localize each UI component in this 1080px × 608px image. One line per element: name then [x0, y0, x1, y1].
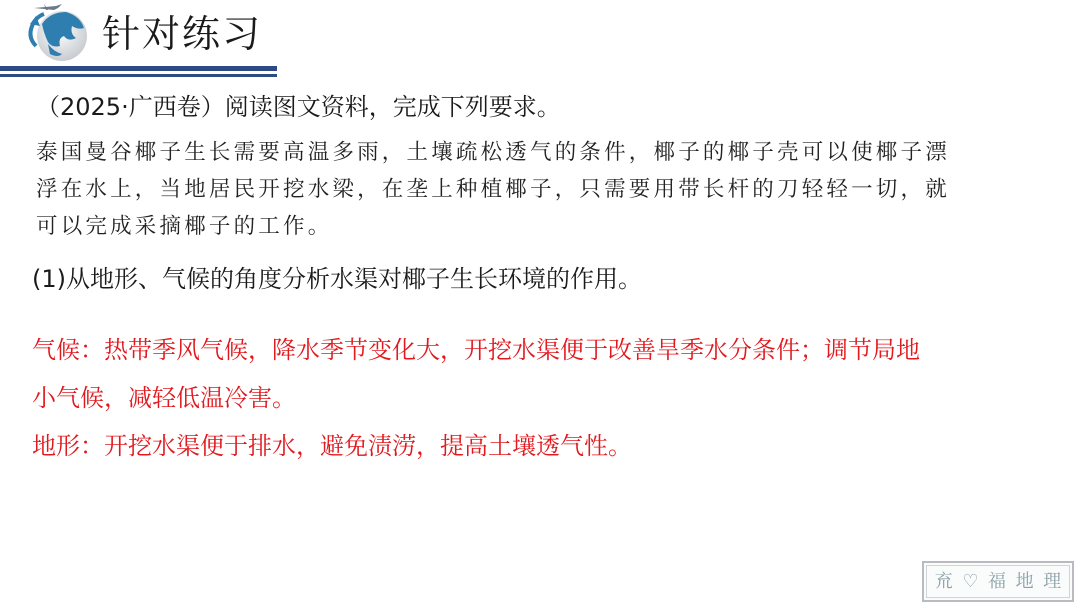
watermark-char: 地	[1016, 573, 1034, 591]
slide-title: 针对练习	[102, 10, 262, 58]
passage-line: 可以完成采摘椰子的工作。	[36, 208, 1046, 245]
reading-passage: 泰国曼谷椰子生长需要高温多雨，土壤疏松透气的条件，椰子的椰子壳可以使椰子漂 浮在…	[36, 134, 1046, 245]
watermark-char: ♡	[962, 573, 978, 591]
watermark-char: 福	[988, 573, 1006, 591]
answer-line-climate: 气候：热带季风气候，降水季节变化大，开挖水渠便于改善旱季水分条件；调节局地	[32, 326, 920, 374]
answer-block: 气候：热带季风气候，降水季节变化大，开挖水渠便于改善旱季水分条件；调节局地 小气…	[32, 326, 920, 470]
question-source-line: （2025·广西卷）阅读图文资料，完成下列要求。	[36, 90, 561, 124]
header-divider-bar	[0, 66, 277, 71]
watermark-seal-box: 㐬 ♡ 福 地 理	[922, 561, 1074, 602]
slide-header: 针对练习	[0, 0, 290, 80]
answer-line-terrain: 地形：开挖水渠便于排水，避免渍涝，提高土壤透气性。	[32, 422, 920, 470]
watermark-char: 㐬	[935, 573, 953, 591]
watermark-char: 理	[1043, 573, 1061, 591]
globe-with-airplane-icon	[14, 2, 90, 62]
passage-line: 浮在水上，当地居民开挖水梁，在垄上种植椰子，只需要用带长杆的刀轻轻一切，就	[36, 171, 1046, 208]
header-divider-bar-thin	[0, 74, 277, 77]
answer-line-climate-cont: 小气候，减轻低温冷害。	[32, 374, 920, 422]
subquestion-1: (1)从地形、气候的角度分析水渠对椰子生长环境的作用。	[32, 262, 642, 296]
passage-line: 泰国曼谷椰子生长需要高温多雨，土壤疏松透气的条件，椰子的椰子壳可以使椰子漂	[36, 134, 1046, 171]
